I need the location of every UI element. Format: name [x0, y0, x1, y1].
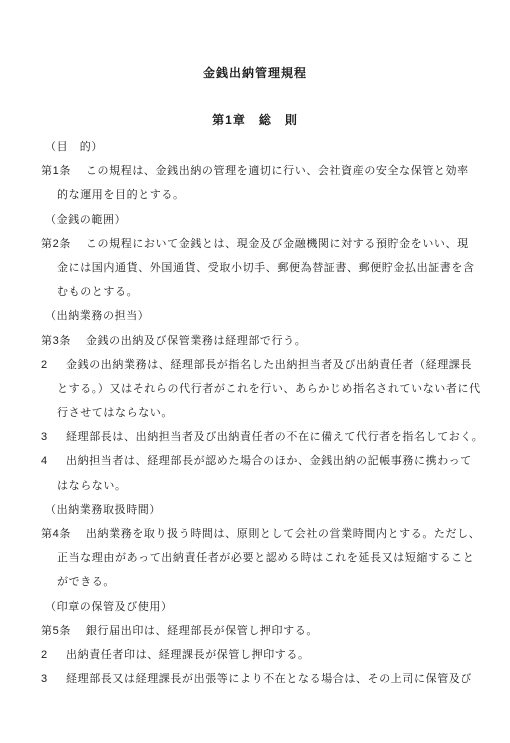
article-2-text: この規程において金銭とは、現金及び金融機関に対する預貯金をいい、現: [86, 238, 469, 250]
article-1-continuation: 的な運用を目的とする。: [0, 183, 510, 207]
document-title: 金銭出納管理規程: [0, 64, 510, 81]
paragraph-number: 3: [41, 667, 53, 691]
paragraph-number: 2: [41, 353, 53, 377]
article-4-text: 出納業務を取り扱う時間は、原則として会社の営業時間内とする。ただし、: [86, 528, 480, 540]
paragraph-text: 経理部長又は経理課長が出張等により不在となる場合は、その上司に保管及び: [66, 673, 472, 685]
article-2-continuation-2: むものとする。: [0, 280, 510, 304]
article-5-number: 第5条: [41, 619, 71, 643]
article-1-line: 第1条この規程は、金銭出納の管理を適切に行い、会社資産の安全な保管と効率: [0, 159, 510, 183]
article-2-continuation-1: 金には国内通貨、外国通貨、受取小切手、郵便為替証書、郵便貯金払出証書を含: [0, 256, 510, 280]
article-4-continuation-2: ができる。: [0, 570, 510, 594]
article-3-paragraph-4-continuation: はならない。: [0, 474, 510, 498]
article-2-line: 第2条この規程において金銭とは、現金及び金融機関に対する預貯金をいい、現: [0, 232, 510, 256]
article-4-line: 第4条出納業務を取り扱う時間は、原則として会社の営業時間内とする。ただし、: [0, 522, 510, 546]
section-heading-seal: （印章の保管及び使用）: [0, 595, 510, 619]
paragraph-text: 金銭の出納業務は、経理部長が指名した出納担当者及び出納責任者（経理課長: [66, 359, 472, 371]
article-3-paragraph-3: 3経理部長は、出納担当者及び出納責任者の不在に備えて代行者を指名しておく。: [0, 425, 510, 449]
article-3-text: 金銭の出納及び保管業務は経理部で行う。: [86, 335, 306, 347]
article-3-paragraph-4: 4出納担当者は、経理部長が認めた場合のほか、金銭出納の記帳事務に携わって: [0, 449, 510, 473]
article-1-number: 第1条: [41, 159, 71, 183]
article-3-line: 第3条金銭の出納及び保管業務は経理部で行う。: [0, 329, 510, 353]
document-page: 金銭出納管理規程 第1章 総 則 （目 的） 第1条この規程は、金銭出納の管理を…: [0, 0, 510, 743]
article-2-number: 第2条: [41, 232, 71, 256]
paragraph-text: 経理部長は、出納担当者及び出納責任者の不在に備えて代行者を指名しておく。: [66, 431, 483, 443]
article-5-line: 第5条銀行届出印は、経理部長が保管し押印する。: [0, 619, 510, 643]
article-3-paragraph-2-continuation-2: 行させてはならない。: [0, 401, 510, 425]
section-heading-duty: （出納業務の担当）: [0, 304, 510, 328]
paragraph-number: 3: [41, 425, 53, 449]
article-4-number: 第4条: [41, 522, 71, 546]
paragraph-number: 4: [41, 449, 53, 473]
paragraph-text: 出納担当者は、経理部長が認めた場合のほか、金銭出納の記帳事務に携わって: [66, 455, 472, 467]
paragraph-text: 出納責任者印は、経理課長が保管し押印する。: [66, 649, 310, 661]
article-5-text: 銀行届出印は、経理部長が保管し押印する。: [86, 625, 318, 637]
article-3-paragraph-2: 2金銭の出納業務は、経理部長が指名した出納担当者及び出納責任者（経理課長: [0, 353, 510, 377]
article-3-number: 第3条: [41, 329, 71, 353]
document-body: （目 的） 第1条この規程は、金銭出納の管理を適切に行い、会社資産の安全な保管と…: [0, 135, 510, 691]
article-5-paragraph-3: 3経理部長又は経理課長が出張等により不在となる場合は、その上司に保管及び: [0, 667, 510, 691]
article-3-paragraph-2-continuation-1: とする。）又はそれらの代行者がこれを行い、あらかじめ指名されていない者に代: [0, 377, 510, 401]
paragraph-number: 2: [41, 643, 53, 667]
article-5-paragraph-2: 2出納責任者印は、経理課長が保管し押印する。: [0, 643, 510, 667]
section-heading-hours: （出納業務取扱時間）: [0, 498, 510, 522]
chapter-heading: 第1章 総 則: [0, 111, 510, 128]
article-4-continuation-1: 正当な理由があって出納責任者が必要と認める時はこれを延長又は短縮すること: [0, 546, 510, 570]
section-heading-purpose: （目 的）: [0, 135, 510, 159]
section-heading-scope: （金銭の範囲）: [0, 208, 510, 232]
article-1-text: この規程は、金銭出納の管理を適切に行い、会社資産の安全な保管と効率: [86, 165, 469, 177]
